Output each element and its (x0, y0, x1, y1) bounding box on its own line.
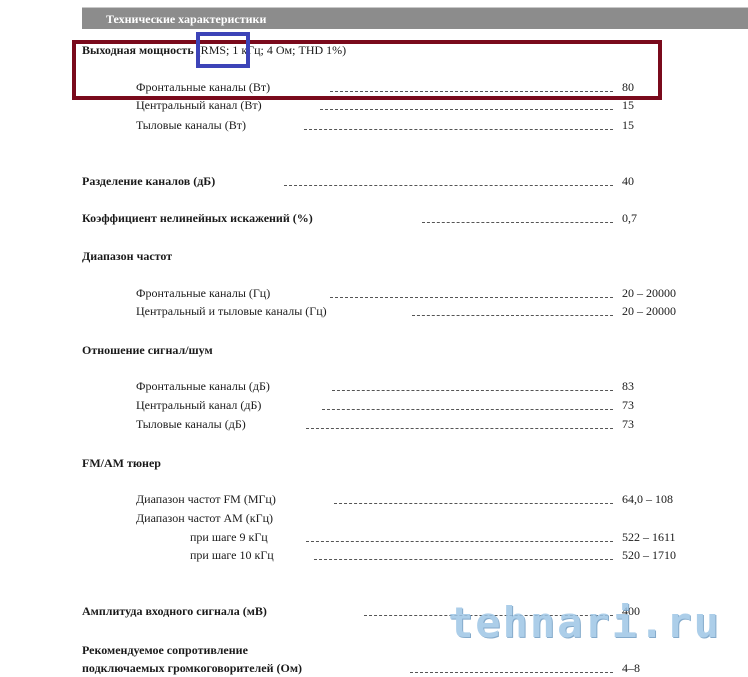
spec-row: Фронтальные каналы (дБ) 83 (0, 379, 748, 395)
spec-value: 20 – 20000 (622, 286, 676, 301)
spec-row: Тыловые каналы (Вт) 15 (0, 118, 748, 134)
spec-row: при шаге 10 кГц 520 – 1710 (0, 548, 748, 564)
spec-row: Диапазон частот FM (МГц) 64,0 – 108 (0, 492, 748, 508)
spec-value: 83 (622, 379, 634, 394)
leader-dots (306, 428, 613, 429)
section-title: FM/AM тюнер (82, 456, 161, 471)
spec-row: Фронтальные каналы (Гц) 20 – 20000 (0, 286, 748, 302)
leader-dots (320, 109, 613, 110)
spec-label: Фронтальные каналы (Гц) (136, 286, 270, 301)
highlight-box-blue (196, 32, 250, 68)
section-header-title: Технические характеристики (106, 12, 266, 27)
spec-label: Тыловые каналы (дБ) (136, 417, 246, 432)
spec-value: 0,7 (622, 211, 637, 226)
spec-value: 73 (622, 417, 634, 432)
spec-value: 522 – 1611 (622, 530, 676, 545)
spec-row: при шаге 9 кГц 522 – 1611 (0, 530, 748, 546)
spec-label: при шаге 9 кГц (190, 530, 268, 545)
leader-dots (410, 672, 613, 673)
spec-value: 64,0 – 108 (622, 492, 673, 507)
spec-label: Тыловые каналы (Вт) (136, 118, 246, 133)
leader-dots (412, 315, 613, 316)
spec-title-tuner: FM/AM тюнер (0, 456, 748, 472)
spec-value: 20 – 20000 (622, 304, 676, 319)
spec-label: Фронтальные каналы (дБ) (136, 379, 270, 394)
spec-label: Разделение каналов (дБ) (82, 174, 215, 189)
watermark-logo: tehnari.ru (448, 598, 721, 647)
spec-row: Разделение каналов (дБ) 40 (0, 174, 748, 190)
leader-dots (304, 129, 613, 130)
leader-dots (332, 390, 613, 391)
spec-label: Центральный канал (Вт) (136, 98, 262, 113)
spec-value: 15 (622, 98, 634, 113)
spec-label: Амплитуда входного сигнала (мВ) (82, 604, 267, 619)
spec-value: 40 (622, 174, 634, 189)
spec-label: Центральный канал (дБ) (136, 398, 261, 413)
leader-dots (422, 222, 613, 223)
leader-dots (284, 185, 613, 186)
spec-row: Центральный канал (дБ) 73 (0, 398, 748, 414)
spec-row: Коэффициент нелинейных искажений (%) 0,7 (0, 211, 748, 227)
section-title: Диапазон частот (82, 249, 172, 264)
spec-subtitle: Диапазон частот AM (кГц) (0, 511, 748, 527)
spec-row: Тыловые каналы (дБ) 73 (0, 417, 748, 433)
leader-dots (306, 541, 613, 542)
leader-dots (330, 297, 613, 298)
section-header-bar: Технические характеристики (82, 7, 748, 29)
spec-label: Рекомендуемое сопротивление (82, 643, 248, 658)
spec-row: Центральный и тыловые каналы (Гц) 20 – 2… (0, 304, 748, 320)
leader-dots (314, 559, 613, 560)
spec-label: Коэффициент нелинейных искажений (%) (82, 211, 313, 226)
section-title: Отношение сигнал/шум (82, 343, 213, 358)
spec-label: Диапазон частот AM (кГц) (136, 511, 273, 526)
spec-value: 73 (622, 398, 634, 413)
spec-title-snr: Отношение сигнал/шум (0, 343, 748, 359)
spec-label: при шаге 10 кГц (190, 548, 274, 563)
spec-value: 15 (622, 118, 634, 133)
leader-dots (334, 503, 613, 504)
spec-label: подключаемых громкоговорителей (Ом) (82, 661, 302, 676)
spec-row: подключаемых громкоговорителей (Ом) 4–8 (0, 661, 748, 677)
spec-value: 4–8 (622, 661, 640, 676)
spec-row: Центральный канал (Вт) 15 (0, 98, 748, 114)
spec-label: Диапазон частот FM (МГц) (136, 492, 276, 507)
spec-label: Центральный и тыловые каналы (Гц) (136, 304, 327, 319)
spec-title-frequency-range: Диапазон частот (0, 249, 748, 265)
leader-dots (322, 409, 613, 410)
spec-value: 520 – 1710 (622, 548, 676, 563)
highlight-box-red (72, 40, 662, 100)
